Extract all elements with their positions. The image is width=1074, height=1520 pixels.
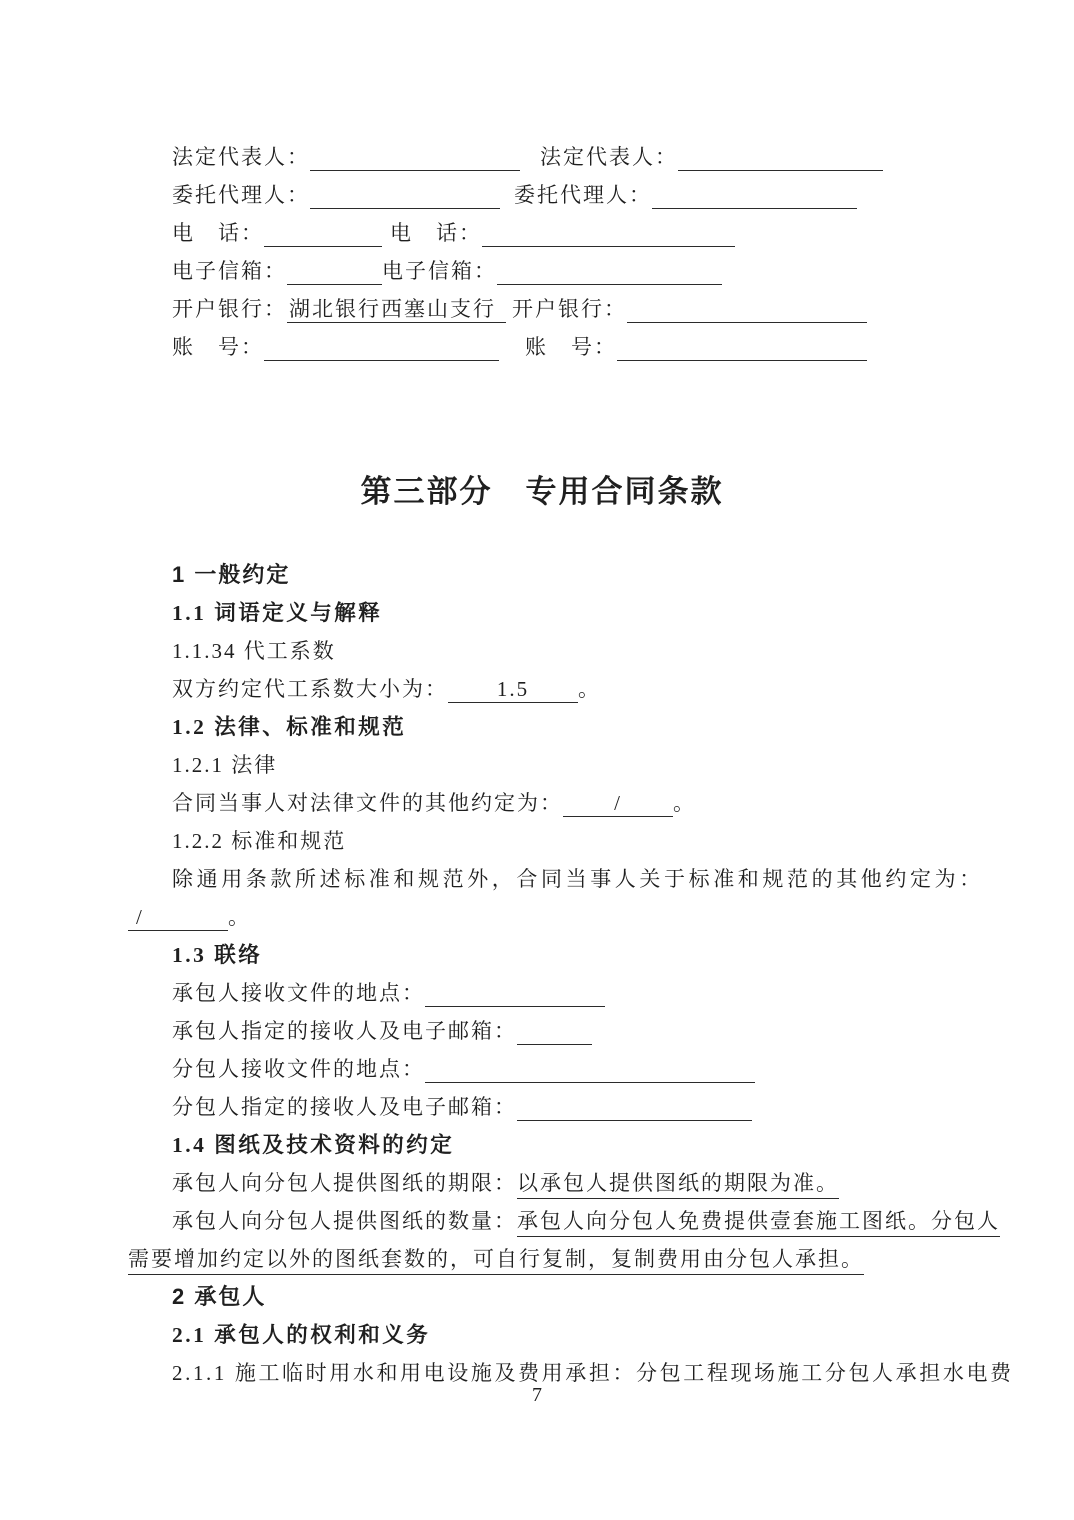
subcontractor-document-address-label: 分包人接收文件的地点： <box>172 1057 425 1081</box>
legal-representative-blank-left <box>310 143 520 171</box>
legal-representative-blank-right <box>678 143 883 171</box>
legal-representative-label-right: 法定代表人： <box>540 138 678 176</box>
contractor-document-address-label: 承包人接收文件的地点： <box>172 981 425 1005</box>
email-blank-right <box>497 257 722 285</box>
drawings-quantity-value-part2: 需要增加约定以外的图纸套数的，可自行复制，复制费用由分包人承担。 <box>128 1247 864 1275</box>
email-blank-left <box>287 257 382 285</box>
standards-other-agreement-blank: / <box>128 903 228 931</box>
drawings-quantity-label: 承包人向分包人提供图纸的数量： <box>172 1209 517 1233</box>
drawings-quantity-value-part1: 承包人向分包人免费提供壹套施工图纸。分包人 <box>517 1209 1000 1237</box>
clause-1-1-34-text: 双方约定代工系数大小为： <box>172 677 448 701</box>
form-row-email: 电子信箱：电子信箱： <box>172 252 956 290</box>
part-three-title: 第三部分 专用合同条款 <box>128 470 956 514</box>
contractor-recipient-email-blank <box>517 1017 592 1045</box>
page-number: 7 <box>0 1384 1074 1407</box>
bank-blank-right <box>627 295 867 323</box>
section-1-1-heading: 1.1 词语定义与解释 <box>128 594 956 632</box>
contract-page: 法定代表人：法定代表人： 委托代理人：委托代理人： 电 话：电 话： 电子信箱：… <box>0 0 1074 1520</box>
clause-1-1-34-period: 。 <box>578 677 601 701</box>
bank-label-left: 开户银行： <box>172 290 287 328</box>
email-label-left: 电子信箱： <box>172 252 287 290</box>
account-number-blank-right <box>617 333 867 361</box>
subcontractor-document-address-blank <box>425 1055 755 1083</box>
coefficient-blank: 1.5 <box>448 675 578 703</box>
drawings-quantity-line1: 承包人向分包人提供图纸的数量：承包人向分包人免费提供壹套施工图纸。分包人 <box>128 1202 956 1240</box>
telephone-label-right: 电 话： <box>390 214 482 252</box>
telephone-blank-right <box>482 219 735 247</box>
drawings-deadline-line: 承包人向分包人提供图纸的期限：以承包人提供图纸的期限为准。 <box>128 1164 956 1202</box>
form-row-bank: 开户银行：湖北银行西塞山支行开户银行： <box>172 290 956 328</box>
section-1-2-heading: 1.2 法律、标准和规范 <box>128 708 956 746</box>
contractor-recipient-email-label: 承包人指定的接收人及电子邮箱： <box>172 1019 517 1043</box>
subcontractor-recipient-email-line: 分包人指定的接收人及电子邮箱： <box>128 1088 956 1126</box>
clause-1-1-34-heading: 1.1.34 代工系数 <box>128 632 956 670</box>
telephone-label-left: 电 话： <box>172 214 264 252</box>
contractor-document-address-line: 承包人接收文件的地点： <box>128 974 956 1012</box>
drawings-deadline-label: 承包人向分包人提供图纸的期限： <box>172 1171 517 1195</box>
clause-1-2-2-period: 。 <box>228 905 251 929</box>
account-number-label-left: 账 号： <box>172 328 264 366</box>
section-1-4-heading: 1.4 图纸及技术资料的约定 <box>128 1126 956 1164</box>
contractor-recipient-email-line: 承包人指定的接收人及电子邮箱： <box>128 1012 956 1050</box>
law-other-agreement-blank: / <box>563 789 673 817</box>
clause-1-2-1-heading: 1.2.1 法律 <box>128 746 956 784</box>
subcontractor-document-address-line: 分包人接收文件的地点： <box>128 1050 956 1088</box>
drawings-quantity-line2: 需要增加约定以外的图纸套数的，可自行复制，复制费用由分包人承担。 <box>128 1240 956 1278</box>
authorized-agent-label-left: 委托代理人： <box>172 176 310 214</box>
section-1-3-heading: 1.3 联络 <box>128 936 956 974</box>
special-terms-body: 1 一般约定 1.1 词语定义与解释 1.1.34 代工系数 双方约定代工系数大… <box>128 556 956 1392</box>
clause-1-2-2-line2: /。 <box>128 898 956 936</box>
clause-1-2-1-text: 合同当事人对法律文件的其他约定为： <box>172 791 563 815</box>
account-number-blank-left <box>264 333 499 361</box>
clause-1-2-2-heading: 1.2.2 标准和规范 <box>128 822 956 860</box>
telephone-blank-left <box>264 219 382 247</box>
contractor-document-address-blank <box>425 979 605 1007</box>
form-row-legal-representative: 法定代表人：法定代表人： <box>172 138 956 176</box>
clause-1-2-2-line1: 除通用条款所述标准和规范外，合同当事人关于标准和规范的其他约定为： <box>128 860 956 898</box>
authorized-agent-blank-left <box>310 181 500 209</box>
bank-value-left: 湖北银行西塞山支行 <box>287 295 506 323</box>
clause-1-2-1-line: 合同当事人对法律文件的其他约定为：/。 <box>128 784 956 822</box>
bank-label-right: 开户银行： <box>512 290 627 328</box>
subcontractor-recipient-email-blank <box>517 1093 752 1121</box>
section-2-heading: 2 承包人 <box>128 1278 956 1316</box>
clause-1-2-1-period: 。 <box>673 791 696 815</box>
section-2-1-heading: 2.1 承包人的权利和义务 <box>128 1316 956 1354</box>
party-info-form: 法定代表人：法定代表人： 委托代理人：委托代理人： 电 话：电 话： 电子信箱：… <box>172 138 956 366</box>
authorized-agent-label-right: 委托代理人： <box>514 176 652 214</box>
clause-1-1-34-line: 双方约定代工系数大小为：1.5。 <box>128 670 956 708</box>
account-number-label-right: 账 号： <box>525 328 617 366</box>
form-row-account-number: 账 号：账 号： <box>172 328 956 366</box>
email-label-right: 电子信箱： <box>382 252 497 290</box>
form-row-authorized-agent: 委托代理人：委托代理人： <box>172 176 956 214</box>
form-row-telephone: 电 话：电 话： <box>172 214 956 252</box>
legal-representative-label-left: 法定代表人： <box>172 138 310 176</box>
subcontractor-recipient-email-label: 分包人指定的接收人及电子邮箱： <box>172 1095 517 1119</box>
authorized-agent-blank-right <box>652 181 857 209</box>
drawings-deadline-value: 以承包人提供图纸的期限为准。 <box>517 1171 839 1199</box>
section-1-heading: 1 一般约定 <box>128 556 956 594</box>
